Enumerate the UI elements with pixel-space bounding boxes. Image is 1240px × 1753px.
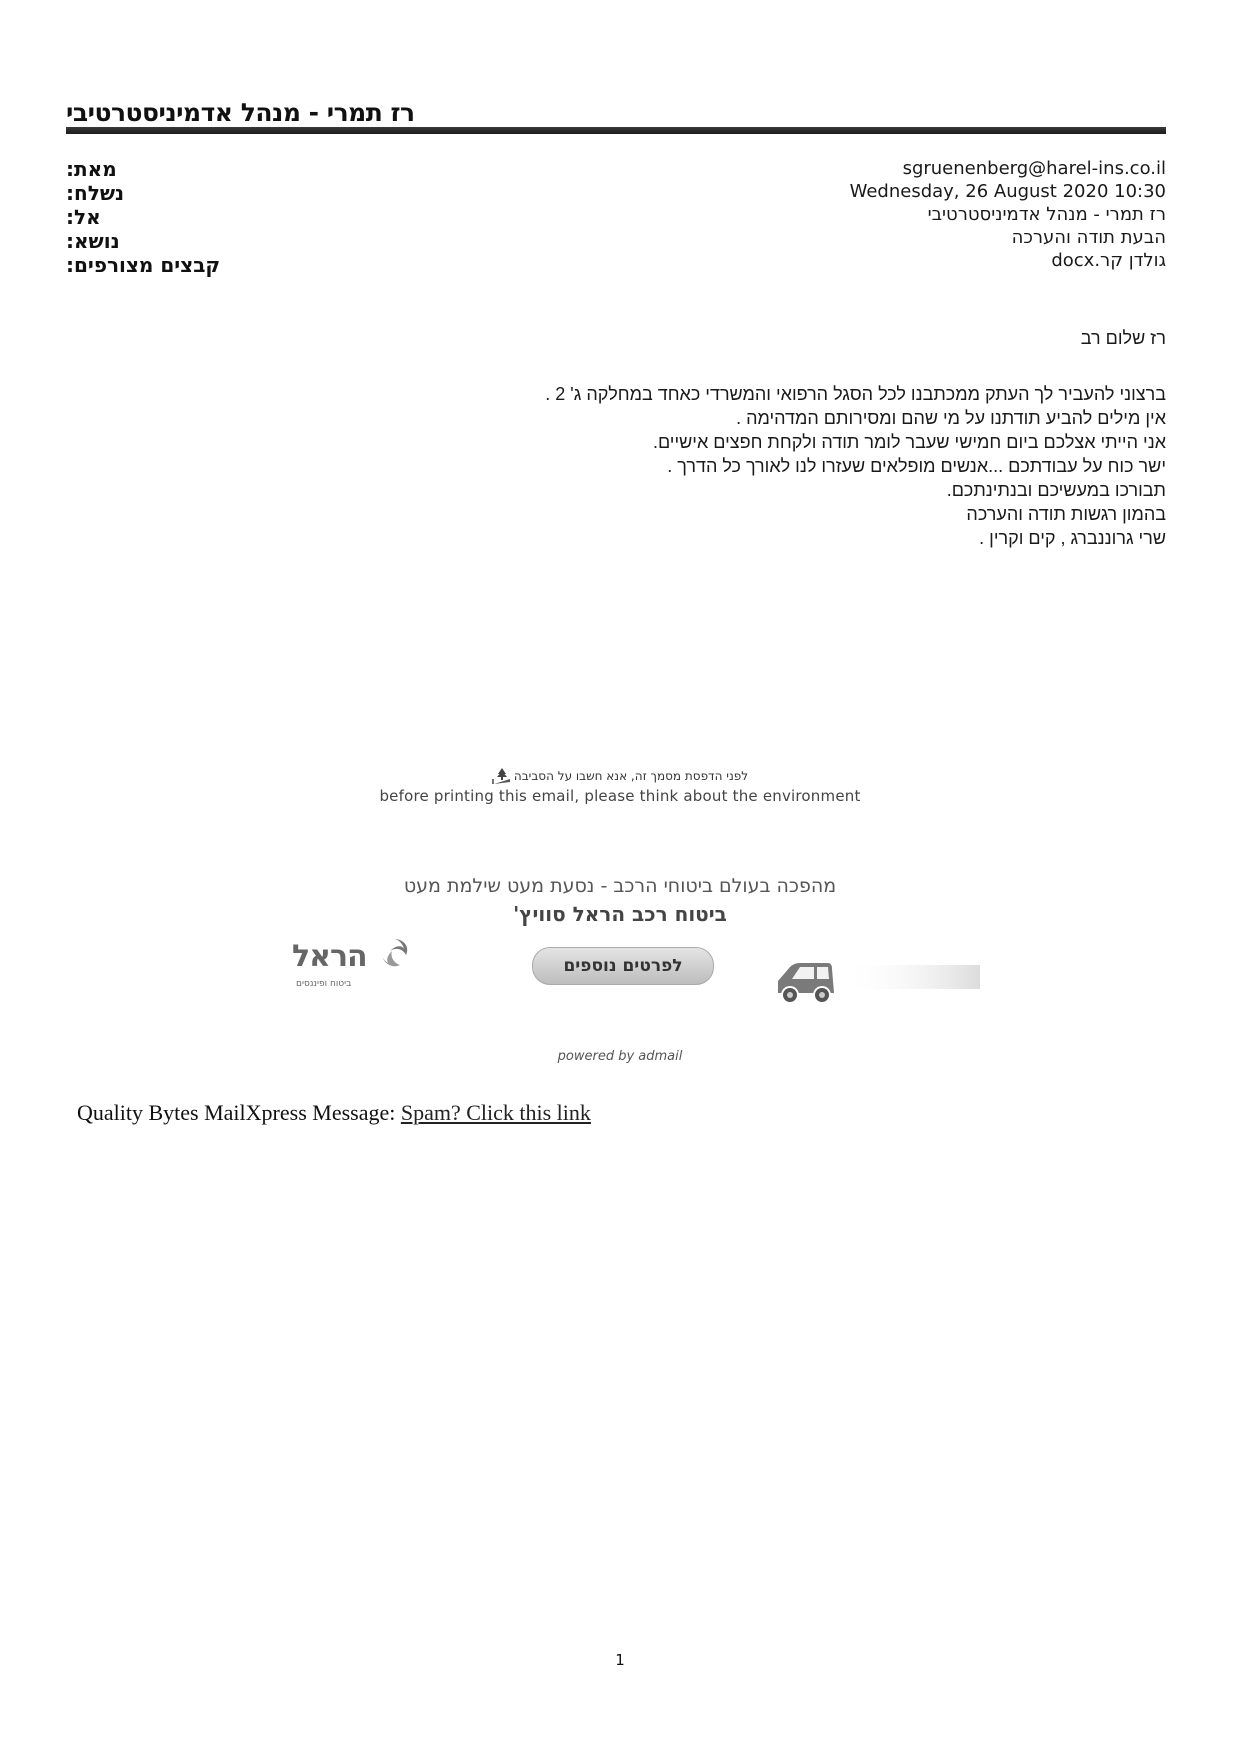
tree-icon (492, 767, 512, 785)
body-line: אני הייתי אצלכם ביום חמישי שעבר לומר תוד… (366, 430, 1166, 454)
value-subject: הבעת תודה והערכה (566, 226, 1166, 249)
value-sent: Wednesday, 26 August 2020 10:30 (566, 180, 1166, 203)
label-from: מאת: (66, 157, 326, 181)
email-meta-values: sgruenenberg@harel-ins.co.il Wednesday, … (566, 157, 1166, 272)
powered-by-admail: powered by admail (0, 1049, 1240, 1064)
label-sent: נשלח: (66, 181, 326, 205)
label-attachments: קבצים מצורפים: (66, 253, 326, 277)
body-line: בהמון רגשות תודה והערכה (366, 502, 1166, 526)
quality-bytes-message: Quality Bytes MailXpress Message: Spam? … (77, 1100, 591, 1126)
body-line: ישר כוח על עבודתכם ...אנשים מופלאים שעזר… (366, 454, 1166, 478)
body-line: אין מילים להביע תודתנו על מי שהם ומסירות… (366, 406, 1166, 430)
harel-logo[interactable]: הראל ביטוח ופיננסים (292, 935, 412, 995)
label-to: אל: (66, 205, 326, 229)
harel-logo-tagline: ביטוח ופיננסים (296, 979, 351, 989)
car-icon (770, 955, 980, 1005)
value-attachments[interactable]: גולדן קר.docx (566, 249, 1166, 272)
promo-product: ביטוח רכב הראל סוויץ' (0, 902, 1240, 926)
body-line: ברצוני להעביר לך העתק ממכתבנו לכל הסגל ה… (366, 382, 1166, 406)
label-subject: נושא: (66, 229, 326, 253)
greeting: רז שלום רב (366, 326, 1166, 350)
environment-note: לפני הדפסת מסמך זה, אנא חשבו על הסביבה b… (0, 765, 1240, 805)
promo-headline: מהפכה בעולם ביטוחי הרכב - נסעת מעט שילמת… (0, 875, 1240, 897)
environment-note-hebrew: לפני הדפסת מסמך זה, אנא חשבו על הסביבה (492, 767, 748, 785)
environment-note-english: before printing this email, please think… (0, 787, 1240, 805)
more-details-button[interactable]: לפרטים נוספים (532, 947, 714, 985)
email-meta-labels: מאת: נשלח: אל: נושא: קבצים מצורפים: (66, 157, 326, 277)
value-from: sgruenenberg@harel-ins.co.il (566, 157, 1166, 180)
harel-logo-text: הראל (292, 939, 367, 974)
spam-report-link[interactable]: Spam? Click this link (401, 1100, 591, 1125)
value-to: רז תמרי - מנהל אדמיניסטרטיבי (566, 203, 1166, 226)
page-title: רז תמרי - מנהל אדמיניסטרטיבי (66, 98, 415, 127)
page-number: 1 (0, 1651, 1240, 1669)
harel-swirl-icon (376, 935, 412, 971)
qb-prefix: Quality Bytes MailXpress Message: (77, 1100, 401, 1125)
body-line: תבורכו במעשיכם ובנתינתכם. (366, 478, 1166, 502)
signature: שרי גרוננברג , קים וקרין . (366, 526, 1166, 550)
email-body: רז שלום רב ברצוני להעביר לך העתק ממכתבנו… (366, 326, 1166, 550)
header-divider (66, 127, 1166, 134)
